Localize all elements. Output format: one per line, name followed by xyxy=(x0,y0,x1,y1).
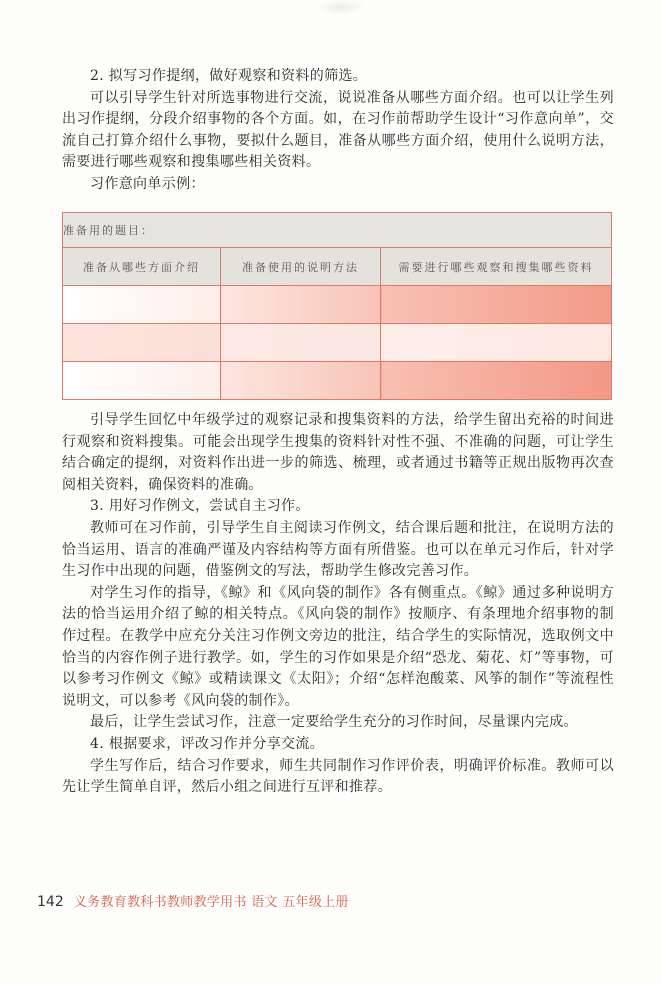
example-label: 习作意向单示例： xyxy=(62,174,614,196)
section-2-heading: 2. 拟写习作提纲，做好观察和资料的筛选。 xyxy=(62,66,614,88)
section-3-paragraph-3: 最后，让学生尝试习作，注意一定要给学生充分的习作时间，尽量课内完成。 xyxy=(62,712,614,734)
table-cell xyxy=(63,324,221,362)
header-aspects: 准备从哪些方面介绍 xyxy=(63,248,221,286)
table-title: 准备用的题目： xyxy=(63,213,612,248)
table-row xyxy=(63,324,612,362)
book-title: 义务教育教科书教师教学用书 语文 五年级上册 xyxy=(74,895,349,910)
table-row xyxy=(63,362,612,400)
table-cell xyxy=(381,286,612,324)
writing-intent-table: 准备用的题目： 准备从哪些方面介绍 准备使用的说明方法 需要进行哪些观察和搜集哪… xyxy=(62,212,612,400)
table-title-row: 准备用的题目： xyxy=(63,213,612,248)
header-observations: 需要进行哪些观察和搜集哪些资料 xyxy=(381,248,612,286)
section-3-heading: 3. 用好习作例文，尝试自主习作。 xyxy=(62,496,614,518)
header-methods: 准备使用的说明方法 xyxy=(221,248,381,286)
table-cell xyxy=(221,362,381,400)
section-2-paragraph: 可以引导学生针对所选事物进行交流，说说准备从哪些方面介绍。也可以让学生列出习作提… xyxy=(62,88,614,174)
table-cell xyxy=(381,324,612,362)
page-number: 142 xyxy=(37,894,64,910)
section-3-paragraph-1: 教师可在习作前，引导学生自主阅读习作例文，结合课后题和批注，在说明方法的恰当运用… xyxy=(62,518,614,583)
table-cell xyxy=(63,286,221,324)
after-table-paragraph: 引导学生回忆中年级学过的观察记录和搜集资料的方法，给学生留出充裕的时间进行观察和… xyxy=(62,410,614,496)
section-4-paragraph: 学生写作后，结合习作要求，师生共同制作习作评价表，明确评价标准。教师可以先让学生… xyxy=(62,756,614,799)
table-header-row: 准备从哪些方面介绍 准备使用的说明方法 需要进行哪些观察和搜集哪些资料 xyxy=(63,248,612,286)
section-3-paragraph-2: 对学生习作的指导，《鲸》和《风向袋的制作》各有侧重点。《鲸》通过多种说明方法的恰… xyxy=(62,583,614,713)
table-cell xyxy=(221,324,381,362)
lower-section: 引导学生回忆中年级学过的观察记录和搜集资料的方法，给学生留出充裕的时间进行观察和… xyxy=(62,410,614,799)
table-cell xyxy=(63,362,221,400)
page-footer: 142 义务教育教科书教师教学用书 语文 五年级上册 xyxy=(37,891,349,910)
top-section: 2. 拟写习作提纲，做好观察和资料的筛选。 可以引导学生针对所选事物进行交流，说… xyxy=(62,66,614,196)
table-row xyxy=(63,286,612,324)
section-4-heading: 4. 根据要求，评改习作并分享交流。 xyxy=(62,734,614,756)
page-smudge xyxy=(318,0,364,14)
table-cell xyxy=(221,286,381,324)
table-cell xyxy=(381,362,612,400)
